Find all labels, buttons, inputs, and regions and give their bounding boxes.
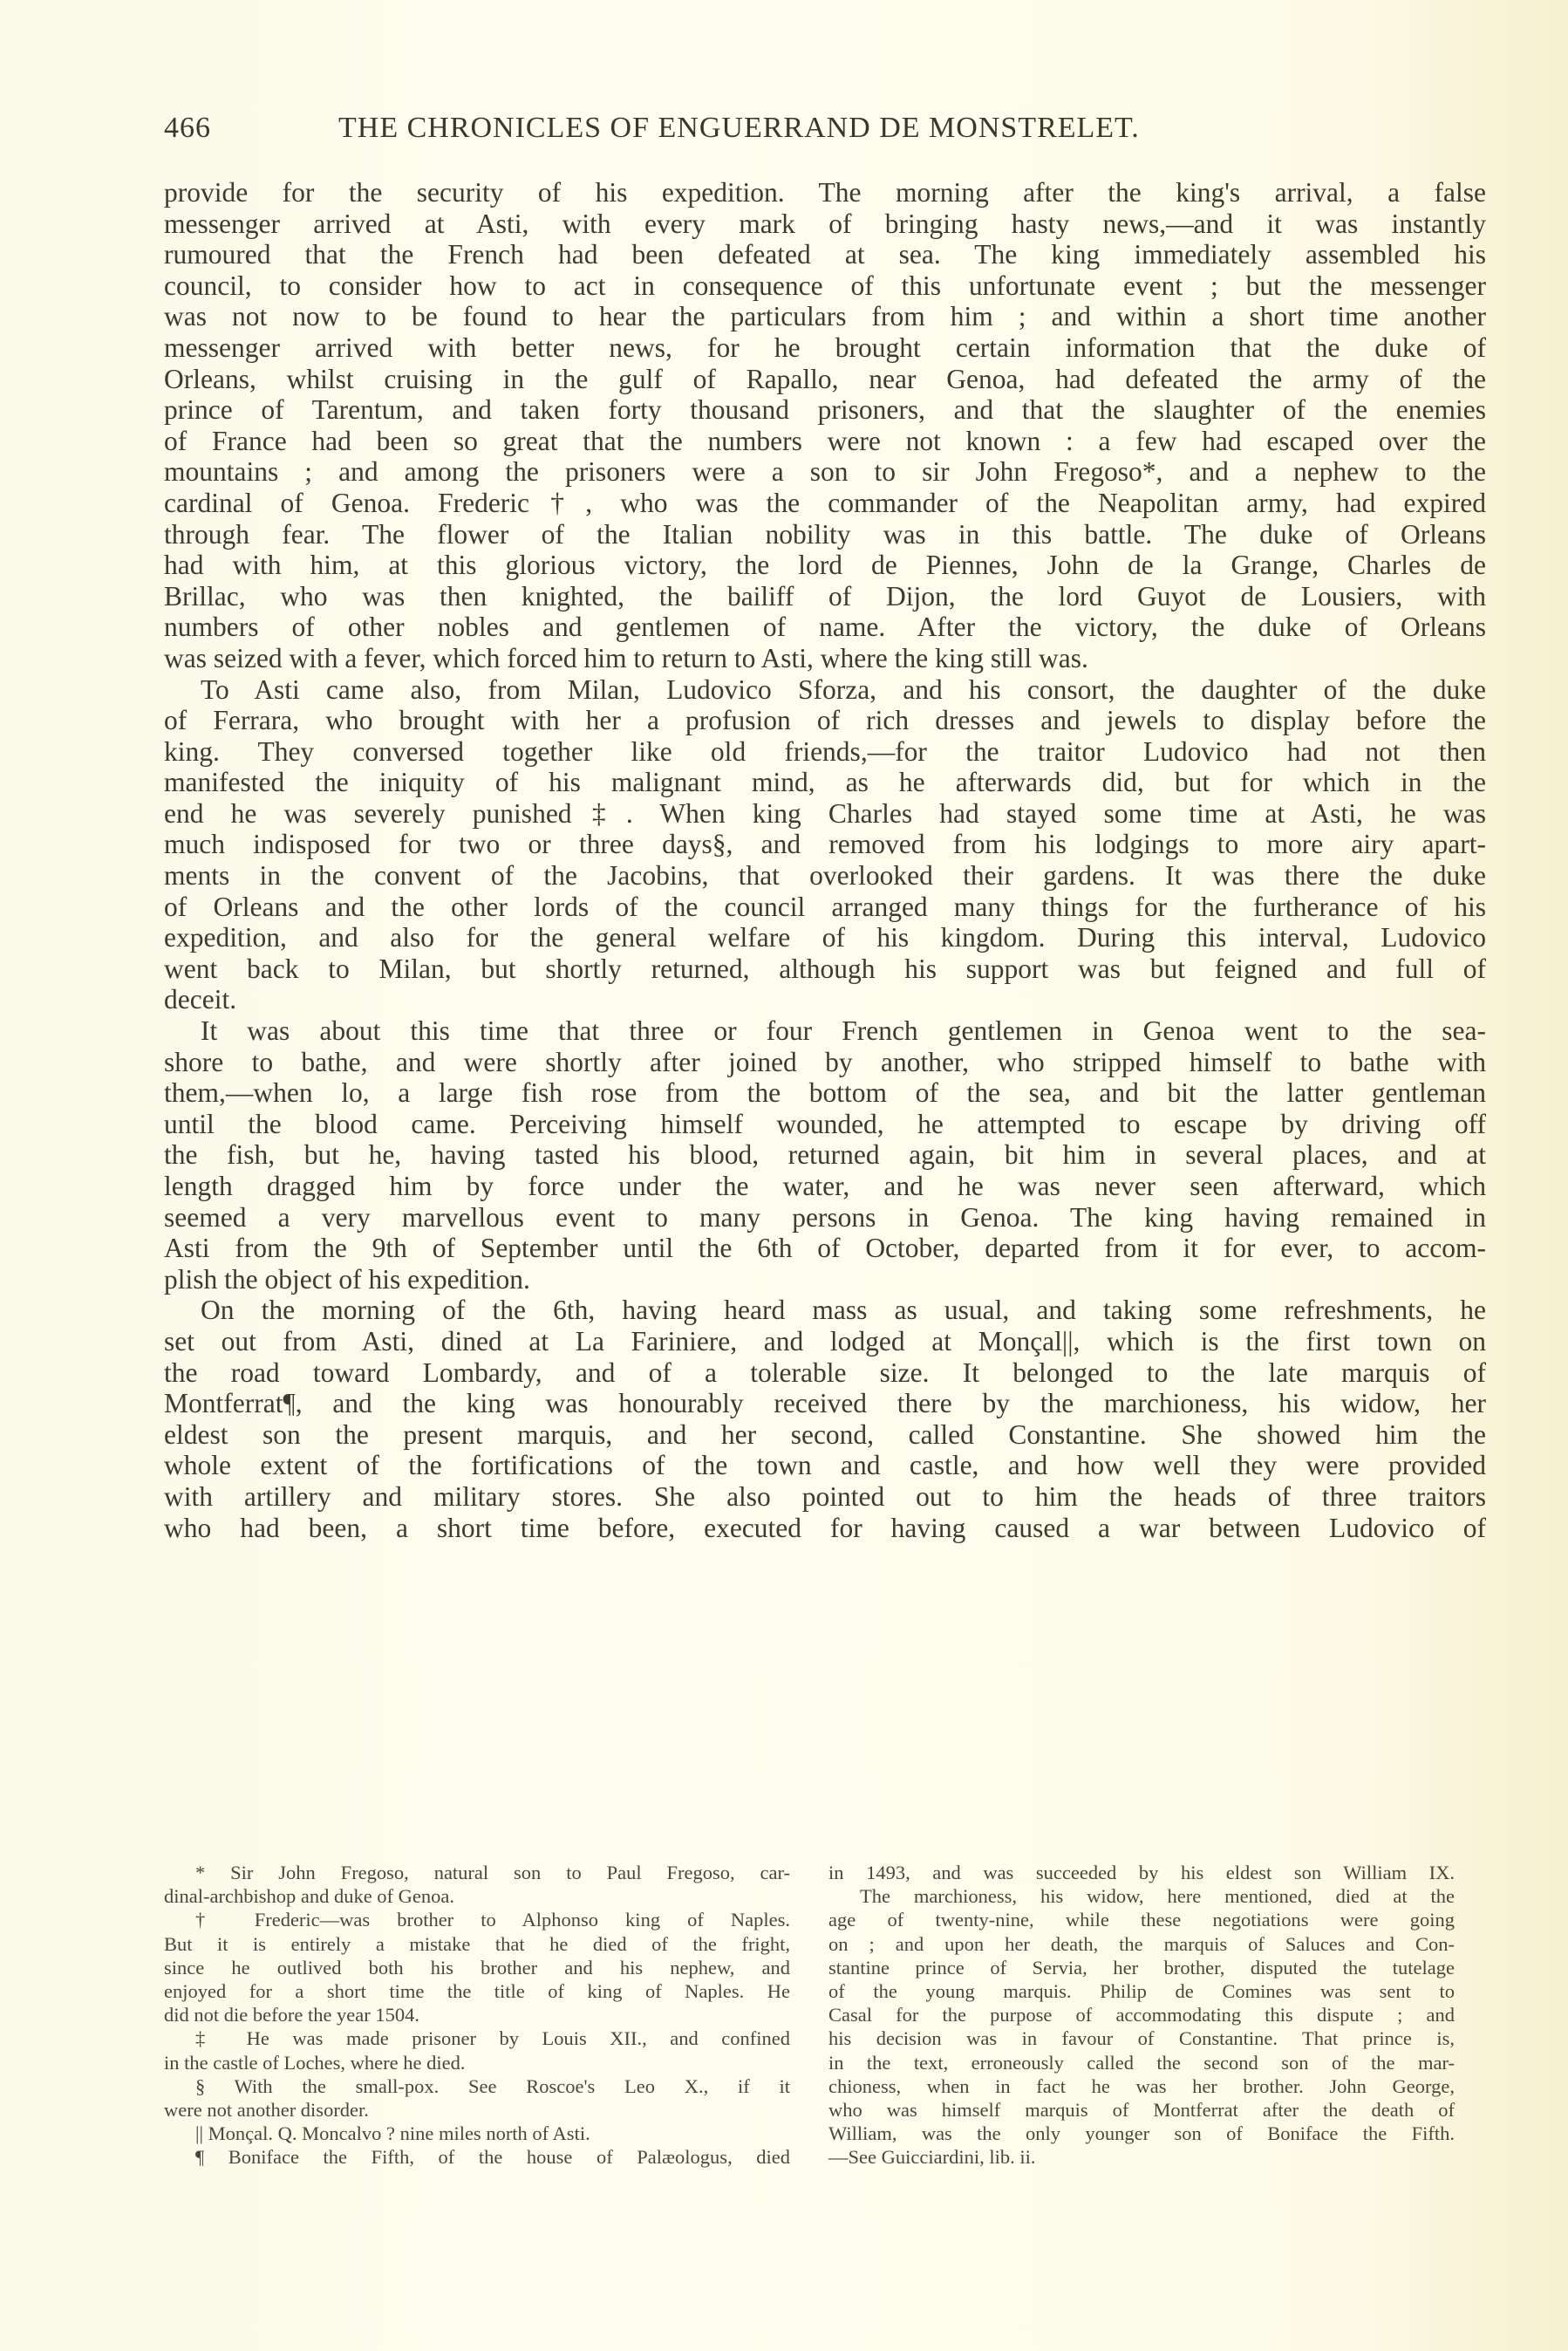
text-line: of Ferrara, who brought with her a profu… (164, 705, 1486, 736)
text-line: king. They conversed together like old f… (164, 736, 1486, 768)
text-line: them,—when lo, a large fish rose from th… (164, 1077, 1486, 1109)
text-line: went back to Milan, but shortly returned… (164, 953, 1486, 985)
text-line: through fear. The flower of the Italian … (164, 519, 1486, 550)
text-line: much indisposed for two or three days§, … (164, 829, 1486, 860)
footnote-line: William, was the only younger son of Bon… (828, 2122, 1455, 2145)
footnote-line: stantine prince of Servia, her brother, … (828, 1956, 1455, 1979)
footnote-line: enjoyed for a short time the title of ki… (164, 1979, 790, 2003)
footnote-line: since he outlived both his brother and h… (164, 1956, 790, 1979)
text-line: rumoured that the French had been defeat… (164, 239, 1486, 270)
running-head: 466 THE CHRONICLES OF ENGUERRAND DE MONS… (164, 112, 1486, 147)
footnote-line: did not die before the year 1504. (164, 2003, 790, 2026)
text-line: numbers of other nobles and gentlemen of… (164, 612, 1486, 643)
running-title: THE CHRONICLES OF ENGUERRAND DE MONSTREL… (338, 112, 1140, 145)
footnote-line: in 1493, and was succeeded by his eldest… (828, 1861, 1455, 1884)
text-line: mountains ; and among the prisoners were… (164, 456, 1486, 488)
text-line: length dragged him by force under the wa… (164, 1171, 1486, 1202)
text-line: the road toward Lombardy, and of a toler… (164, 1357, 1486, 1389)
text-line: had with him, at this glorious victory, … (164, 550, 1486, 581)
footnote-line: in the text, erroneously called the seco… (828, 2051, 1455, 2074)
footnote-line: chioness, when in fact he was her brothe… (828, 2074, 1455, 2098)
footnotes-right-column: in 1493, and was succeeded by his eldest… (828, 1861, 1455, 2169)
text-line: expedition, and also for the general wel… (164, 922, 1486, 953)
footnote-line: —See Guicciardini, lib. ii. (828, 2145, 1455, 2169)
footnote-line: in the castle of Loches, where he died. (164, 2051, 790, 2074)
footnote-line: ¶ Boniface the Fifth, of the house of Pa… (164, 2145, 790, 2169)
text-line: was seized with a fever, which forced hi… (164, 643, 1486, 674)
text-line: It was about this time that three or fou… (164, 1015, 1486, 1047)
footnote-line: age of twenty-nine, while these negotiat… (828, 1908, 1455, 1931)
footnote-line: of the young marquis. Philip de Comines … (828, 1979, 1455, 2003)
text-line: until the blood came. Perceiving himself… (164, 1109, 1486, 1140)
footnote-line: his decision was in favour of Constantin… (828, 2026, 1455, 2050)
text-line: Asti from the 9th of September until the… (164, 1233, 1486, 1264)
text-line: the fish, but he, having tasted his bloo… (164, 1139, 1486, 1171)
footnote-line: were not another disorder. (164, 2098, 790, 2122)
text-line: cardinal of Genoa. Frederic†, who was th… (164, 488, 1486, 519)
text-line: Brillac, who was then knighted, the bail… (164, 581, 1486, 612)
text-line: seemed a very marvellous event to many p… (164, 1202, 1486, 1234)
text-line: ments in the convent of the Jacobins, th… (164, 860, 1486, 892)
text-line: of France had been so great that the num… (164, 426, 1486, 457)
text-line: set out from Asti, dined at La Fariniere… (164, 1326, 1486, 1357)
text-line: Montferrat¶, and the king was honourably… (164, 1388, 1486, 1419)
footnote-line: The marchioness, his widow, here mention… (828, 1884, 1455, 1908)
text-line: council, to consider how to act in conse… (164, 270, 1486, 302)
text-line: provide for the security of his expediti… (164, 177, 1486, 208)
text-line: prince of Tarentum, and taken forty thou… (164, 394, 1486, 426)
text-line: shore to bathe, and were shortly after j… (164, 1047, 1486, 1078)
footnote-line: But it is entirely a mistake that he die… (164, 1932, 790, 1956)
text-line: To Asti came also, from Milan, Ludovico … (164, 674, 1486, 706)
text-line: deceit. (164, 984, 1486, 1015)
text-line: eldest son the present marquis, and her … (164, 1419, 1486, 1451)
text-line: end he was severely punished‡. When king… (164, 798, 1486, 830)
footnote-line: dinal-archbishop and duke of Genoa. (164, 1884, 790, 1908)
text-line: messenger arrived with better news, for … (164, 332, 1486, 364)
footnote-line: * Sir John Fregoso, natural son to Paul … (164, 1861, 790, 1884)
text-line: Orleans, whilst cruising in the gulf of … (164, 364, 1486, 395)
footnote-line: who was himself marquis of Montferrat af… (828, 2098, 1455, 2122)
main-text: provide for the security of his expediti… (164, 177, 1486, 1543)
footnote-line: † Frederic—was brother to Alphonso king … (164, 1908, 790, 1931)
footnotes-left-column: * Sir John Fregoso, natural son to Paul … (164, 1861, 790, 2169)
text-line: with artillery and military stores. She … (164, 1481, 1486, 1513)
text-line: who had been, a short time before, execu… (164, 1513, 1486, 1544)
footnote-line: on ; and upon her death, the marquis of … (828, 1932, 1455, 1956)
footnote-line: Casal for the purpose of accommodating t… (828, 2003, 1455, 2026)
footnote-line: ‡ He was made prisoner by Louis XII., an… (164, 2026, 790, 2050)
page-number: 466 (164, 112, 211, 145)
footnote-line: || Monçal. Q. Moncalvo ? nine miles nort… (164, 2122, 790, 2145)
text-line: of Orleans and the other lords of the co… (164, 892, 1486, 923)
text-line: whole extent of the fortifications of th… (164, 1450, 1486, 1481)
text-line: plish the object of his expedition. (164, 1264, 1486, 1295)
text-line: manifested the iniquity of his malignant… (164, 767, 1486, 798)
text-line: messenger arrived at Asti, with every ma… (164, 208, 1486, 240)
text-line: was not now to be found to hear the part… (164, 301, 1486, 332)
footnote-line: § With the small-pox. See Roscoe's Leo X… (164, 2074, 790, 2098)
text-line: On the morning of the 6th, having heard … (164, 1295, 1486, 1326)
